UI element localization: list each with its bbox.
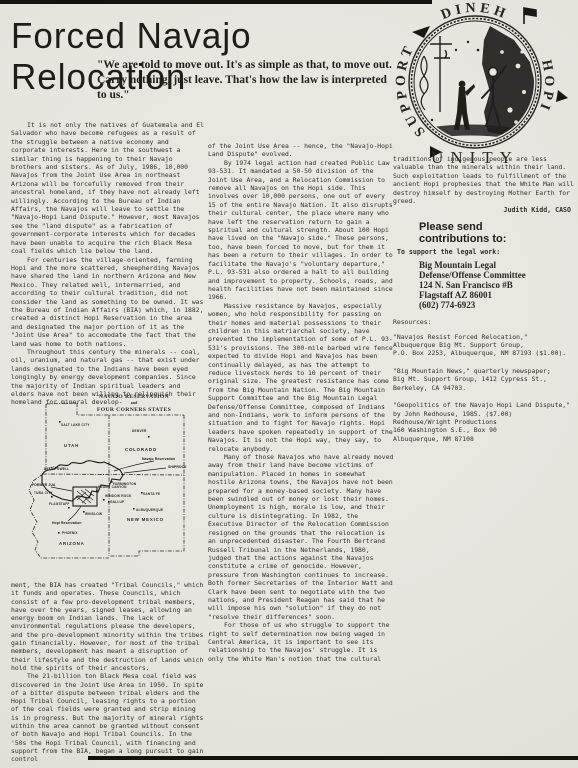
map-label: WINDOW ROCK (105, 494, 132, 498)
map-city-dot (58, 532, 60, 534)
map-city-dot (103, 499, 105, 501)
map-labels: SALT LAKE CITYDENVERLAKE POWELLFARMINGTO… (32, 423, 187, 546)
scan-edge-top (0, 0, 432, 4)
map-label: KEAMS CANYON (98, 485, 127, 489)
map-label: NEW MEXICO (127, 517, 164, 522)
map-title-line2: and (131, 400, 138, 405)
contributions-subheading: To support the legal work: (397, 248, 577, 256)
committee-address: Big Mountain Legal Defense/Offense Commi… (419, 260, 577, 310)
seal-illustration (414, 26, 536, 142)
map-title-line3: FOUR CORNERS STATES (97, 407, 171, 413)
map-city-dot (148, 436, 150, 438)
article-column-middle: of the Joint Use Area -- hence, the "Nav… (208, 142, 394, 663)
map-label: Navajo Reservation (142, 457, 175, 461)
map-city-dot (141, 492, 143, 494)
paragraph: The 21-billion ton Black Mesa coal field… (11, 672, 207, 763)
paragraph: Massive resistance by Navajos, especiall… (208, 302, 394, 453)
map-label: GALLUP (110, 500, 125, 504)
resource-item: "Big Mountain News," quarterly newspaper… (393, 367, 577, 392)
article-column-right: traditions of indigenous people are less… (393, 155, 577, 452)
map-label: UTAH (64, 443, 79, 448)
map-svg: NAVAJO RESERVATION and FOUR CORNERS STAT… (6, 388, 206, 568)
map-city-dot (111, 481, 113, 483)
resources-heading: Resources: (393, 318, 577, 326)
article-column-left-below-map: ment, the BIA has created "Tribal Counci… (11, 581, 207, 764)
map-label: ARIZONA (59, 541, 85, 546)
paragraph: For those of us who struggle to support … (208, 621, 394, 663)
map-city-dot (51, 496, 53, 498)
resource-item: "Navajos Resist Forced Relocation," Albu… (393, 333, 577, 358)
map-city-dot (96, 490, 98, 492)
resource-item: "Geopolitics of the Navajo Hopi Land Dis… (393, 401, 577, 443)
map-label: COLORADO (125, 447, 157, 452)
map-city-dot (59, 421, 61, 423)
dineh-hopi-unity-seal: DINEH SUPPORT HOPI UNITY (372, 0, 578, 172)
state-borders (29, 403, 184, 558)
map-label: SANTA FE (143, 492, 160, 496)
map-label: WINSLOW (85, 512, 102, 516)
paragraph: For centuries the village-oriented, farm… (11, 256, 207, 348)
map-city-dot (83, 511, 85, 513)
map-label: SHIPROCK (168, 465, 187, 469)
map-city-dot (108, 501, 110, 503)
map-label: SALT LAKE CITY (61, 423, 90, 427)
map-city-dot (133, 508, 135, 510)
article-column-left: It is not only the natives of Guatemala … (11, 121, 207, 407)
map-label: FLAGSTAFF (49, 502, 70, 506)
contributions-heading: Please send contributions to: (419, 221, 577, 246)
paragraph: By 1974 legal action had created Public … (208, 159, 394, 302)
map-label: DENVER (132, 429, 147, 433)
seal-word-dineh: DINEH (439, 1, 511, 23)
map-label: TUBA CITY (34, 491, 53, 495)
map-label: ALBUQUERQUE (136, 508, 163, 512)
paragraph: traditions of indigenous people are less… (393, 155, 577, 205)
scanned-newsletter-page: { "page": { "title": "Forced Navajo Relo… (0, 0, 578, 768)
map-label: PHOENIX (62, 531, 78, 535)
map-label: LAKE POWELL (44, 467, 69, 471)
map-label: FORMER JUA (32, 483, 56, 487)
map-city-dot (68, 507, 70, 509)
author-attribution: Judith Kidd, CASO (393, 206, 577, 214)
pull-quote: "We are told to move out. It's as simple… (97, 58, 397, 103)
paragraph: Many of those Navajos who have already m… (208, 453, 394, 621)
paragraph: of the Joint Use Area -- hence, the "Nav… (208, 142, 394, 159)
paragraph: ment, the BIA has created "Tribal Counci… (11, 581, 207, 672)
map-label: Hopi Reservation (52, 521, 82, 525)
paragraph: It is not only the natives of Guatemala … (11, 121, 207, 256)
